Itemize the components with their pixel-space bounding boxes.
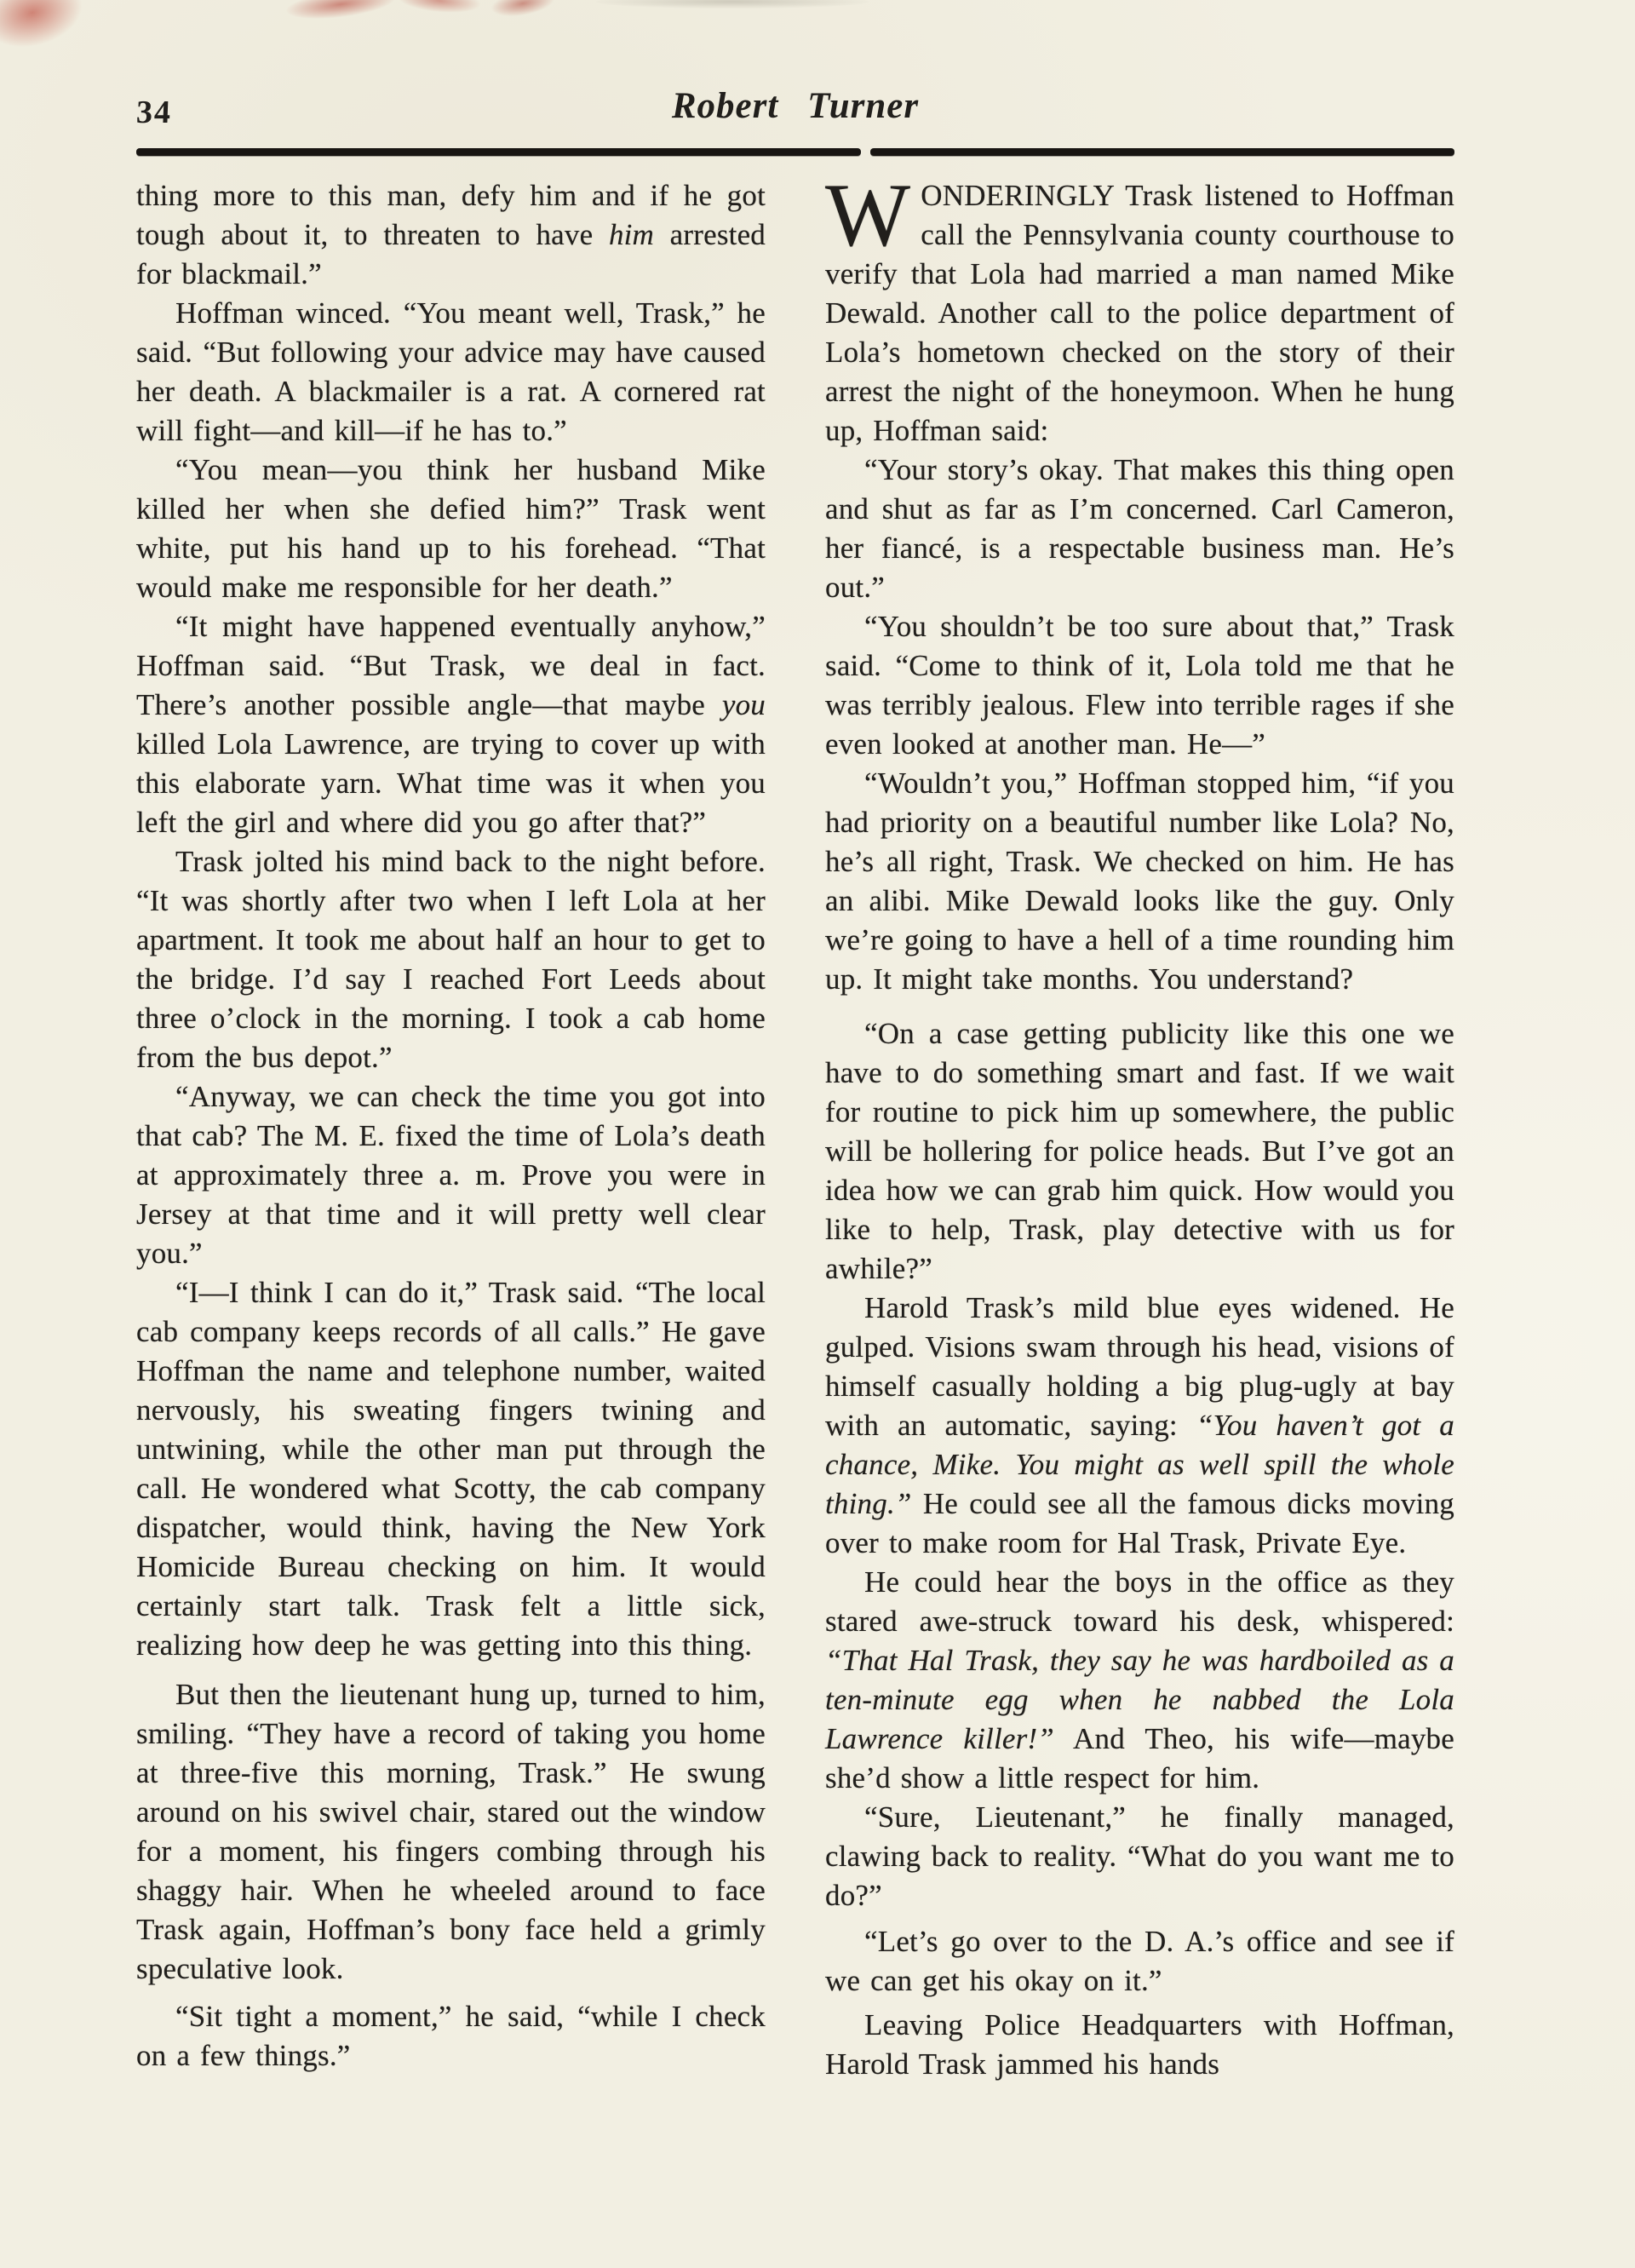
paragraph: “Wouldn’t you,” Hoffman stopped him, “if…	[825, 764, 1454, 999]
text-run: Hoffman winced. “You meant well, Trask,”…	[136, 296, 766, 447]
text-run: killed Lola Lawrence, are trying to cove…	[136, 727, 766, 839]
text-run: Trask jolted his mind back to the night …	[136, 845, 766, 1074]
text-run: “Let’s go over to the D. A.’s office and…	[825, 1925, 1454, 1997]
text-run: “It might have happened eventually anyho…	[136, 610, 766, 721]
paragraph: “On a case getting publicity like this o…	[825, 1014, 1454, 1289]
text-run: “Sure, Lieutenant,” he finally managed, …	[825, 1800, 1454, 1912]
text-columns: thing more to this man, defy him and if …	[136, 176, 1454, 2084]
paragraph: Hoffman winced. “You meant well, Trask,”…	[136, 294, 766, 451]
right-column: WONDERINGLY Trask listened to Hoffman ca…	[825, 176, 1454, 2084]
paragraph: Harold Trask’s mild blue eyes widened. H…	[825, 1289, 1454, 1563]
text-run: “You mean—you think her husband Mike kil…	[136, 453, 766, 604]
paragraph: “It might have happened eventually anyho…	[136, 607, 766, 842]
running-head: Robert Turner	[136, 85, 1454, 127]
text-run: He could hear the boys in the office as …	[825, 1565, 1454, 1638]
italic-text-run: him	[609, 218, 654, 251]
paragraph: thing more to this man, defy him and if …	[136, 176, 766, 294]
text-run: “Wouldn’t you,” Hoffman stopped him, “if…	[825, 767, 1454, 996]
paragraph: “Sit tight a moment,” he said, “while I …	[136, 1997, 766, 2076]
paragraph: Trask jolted his mind back to the night …	[136, 842, 766, 1077]
text-run: “I—I think I can do it,” Trask said. “Th…	[136, 1276, 766, 1662]
text-run: “Your story’s okay. That makes this thin…	[825, 453, 1454, 604]
text-run: “Sit tight a moment,” he said, “while I …	[136, 2000, 766, 2072]
text-run: But then the lieutenant hung up, turned …	[136, 1678, 766, 1985]
text-run: He could see all the famous dicks moving…	[825, 1487, 1454, 1559]
paragraph: “You mean—you think her husband Mike kil…	[136, 451, 766, 607]
scanned-book-page: 34 Robert Turner thing more to this man,…	[0, 0, 1635, 2268]
italic-text-run: you	[722, 688, 766, 721]
text-run: “On a case getting publicity like this o…	[825, 1017, 1454, 1285]
paragraph: “Let’s go over to the D. A.’s office and…	[825, 1922, 1454, 2001]
header-rule-right-segment	[870, 148, 1454, 156]
paragraph: But then the lieutenant hung up, turned …	[136, 1675, 766, 1989]
left-column: thing more to this man, defy him and if …	[136, 176, 766, 2084]
header-rule-left-segment	[136, 148, 861, 156]
text-run: Leaving Police Headquarters with Hoffman…	[825, 2008, 1454, 2081]
text-run: “Anyway, we can check the time you got i…	[136, 1080, 766, 1270]
header-rule	[136, 148, 1454, 156]
red-ink-smudge	[0, 0, 90, 57]
text-run: “You shouldn’t be too sure about that,” …	[825, 610, 1454, 761]
paragraph: “Sure, Lieutenant,” he finally managed, …	[825, 1798, 1454, 1915]
paragraph: WONDERINGLY Trask listened to Hoffman ca…	[825, 176, 1454, 451]
paragraph: “Anyway, we can check the time you got i…	[136, 1077, 766, 1273]
drop-cap: W	[825, 179, 910, 254]
paragraph: “I—I think I can do it,” Trask said. “Th…	[136, 1273, 766, 1665]
page-header: 34 Robert Turner	[136, 0, 1454, 138]
paragraph: He could hear the boys in the office as …	[825, 1563, 1454, 1798]
paragraph: Leaving Police Headquarters with Hoffman…	[825, 2006, 1454, 2084]
paragraph: “You shouldn’t be too sure about that,” …	[825, 607, 1454, 764]
paragraph: “Your story’s okay. That makes this thin…	[825, 451, 1454, 607]
text-run: ONDERINGLY Trask listened to Hoffman cal…	[825, 179, 1454, 447]
